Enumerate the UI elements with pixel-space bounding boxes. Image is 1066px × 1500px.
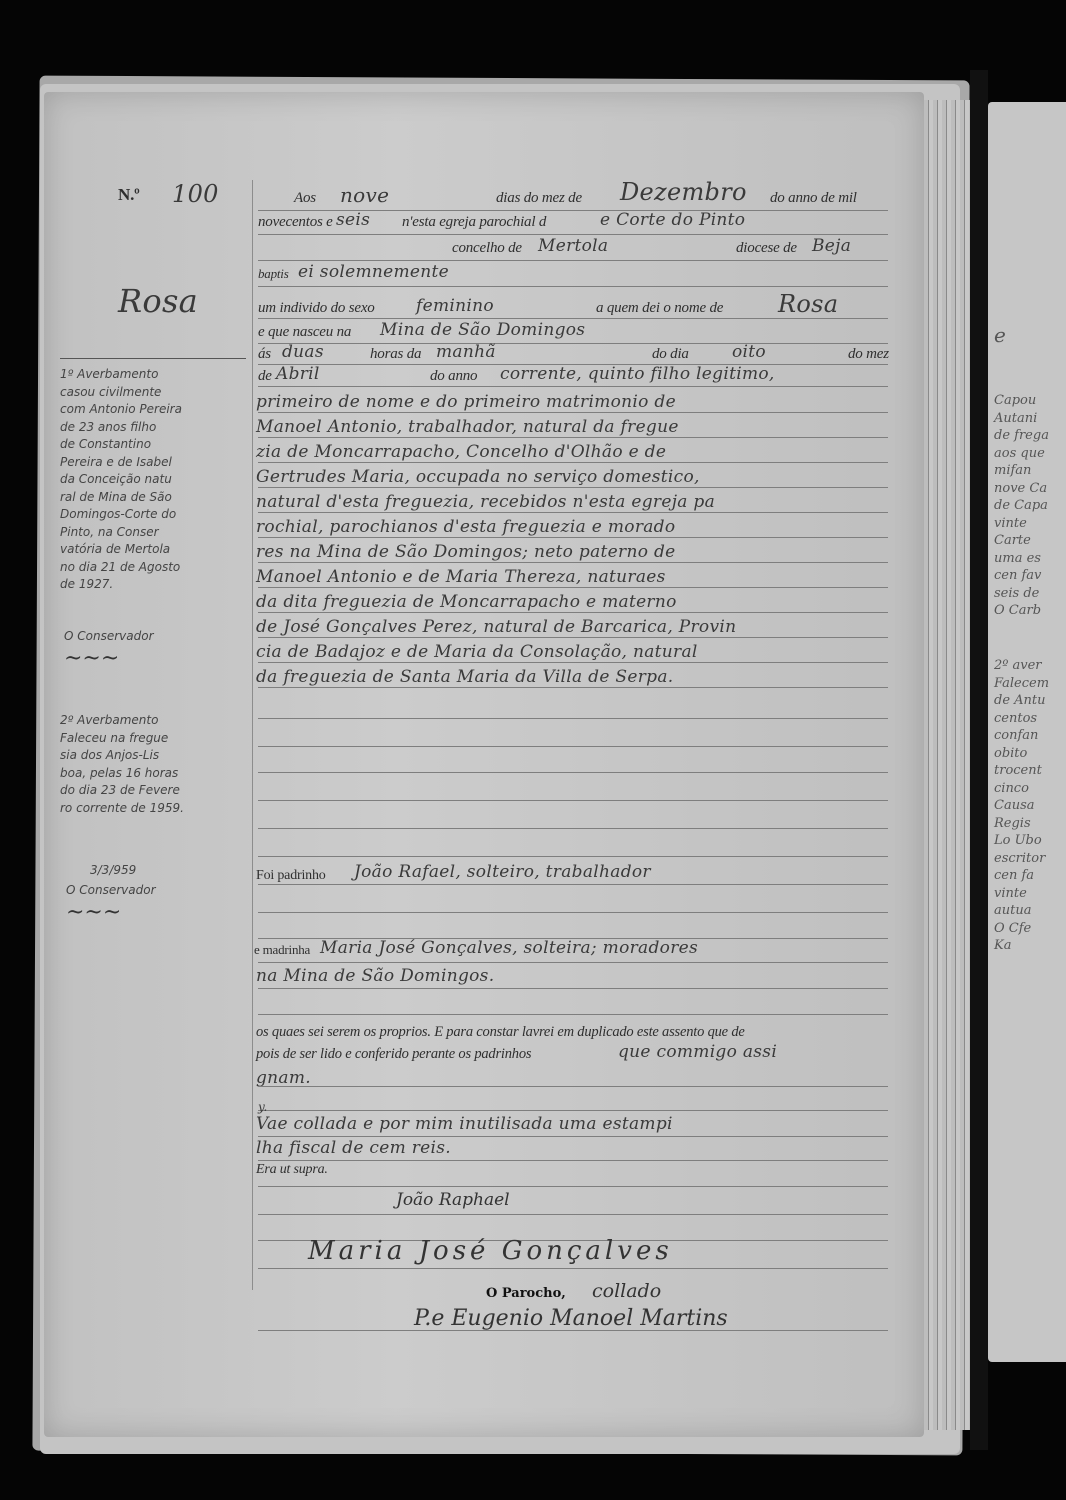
printed-closing-2: pois de ser lido e conferido perante os … xyxy=(256,1046,531,1063)
ruled-line xyxy=(258,587,888,588)
margin-rule xyxy=(252,180,253,1290)
field-closing-sign: que commigo assi xyxy=(618,1042,777,1062)
printed-sexo: um individo do sexo xyxy=(258,300,375,317)
page-edges xyxy=(924,100,970,1430)
book-spine xyxy=(970,70,988,1450)
ruled-line xyxy=(258,637,888,638)
parocho-status: collado xyxy=(592,1280,661,1302)
field-birth-year: corrente, quinto filho legitimo, xyxy=(500,364,775,384)
signature-priest: P.e Eugenio Manoel Martins xyxy=(414,1306,728,1331)
field-closing-sign-end: gnam. xyxy=(256,1068,311,1088)
field-godfather: João Rafael, solteiro, trabalhador xyxy=(354,862,651,882)
body-line: da dita freguezia de Moncarrapacho e mat… xyxy=(256,592,677,612)
record-number: 100 xyxy=(172,180,219,208)
field-concelho: Mertola xyxy=(538,236,608,256)
field-day: nove xyxy=(340,183,389,207)
field-baptised: ei solemnemente xyxy=(298,262,449,282)
field-birthplace: Mina de São Domingos xyxy=(380,320,585,340)
printed-anno: do anno xyxy=(430,368,477,385)
adjacent-page-note-2: 2º aver Falecem de Antu centos confan ob… xyxy=(994,657,1049,955)
body-line: primeiro de nome e do primeiro matrimoni… xyxy=(256,392,676,412)
printed-do-anno: do anno de mil xyxy=(770,190,857,207)
body-line: da freguezia de Santa Maria da Villa de … xyxy=(256,667,673,687)
printed-aos: Aos xyxy=(294,190,316,207)
ruled-line xyxy=(258,487,888,488)
printed-concelho: concelho de xyxy=(452,240,522,257)
body-line: de José Gonçalves Perez, natural de Barc… xyxy=(256,617,736,637)
signature-godmother: Maria José Gonçalves xyxy=(308,1236,673,1266)
margin-note-2-date: 3/3/959 xyxy=(90,862,136,880)
field-name: Rosa xyxy=(778,290,838,318)
field-godmother-residence: na Mina de São Domingos. xyxy=(256,966,494,986)
body-line: rochial, parochianos d'esta freguezia e … xyxy=(256,517,675,537)
printed-de: de xyxy=(258,368,272,385)
field-year: seis xyxy=(336,210,370,230)
field-birth-month: Abril xyxy=(276,364,320,384)
margin-note-1-signature: ~~~ xyxy=(64,646,119,671)
printed-padrinho: Foi padrinho xyxy=(256,868,326,884)
margin-name: Rosa xyxy=(118,282,198,320)
printed-parocho: O Parocho, xyxy=(486,1286,566,1301)
ruled-line xyxy=(258,612,888,613)
field-hour: duas xyxy=(282,342,324,362)
printed-closing-1: os quaes sei serem os proprios. E para c… xyxy=(256,1024,745,1041)
ruled-line xyxy=(258,512,888,513)
body-line: Gertrudes Maria, occupada no serviço dom… xyxy=(256,467,700,487)
printed-madrinha: e madrinha xyxy=(254,942,310,958)
field-diocese: Beja xyxy=(812,236,851,256)
printed-dias-do-mez: dias do mez de xyxy=(496,190,582,207)
printed-diocese: diocese de xyxy=(736,240,797,257)
margin-note-2-signature: ~~~ xyxy=(66,900,121,925)
margin-note-1-signer: O Conservador xyxy=(64,628,154,646)
field-period: manhã xyxy=(436,342,496,362)
field-stamp-note-2: lha fiscal de cem reis. xyxy=(256,1138,451,1158)
ruled-line xyxy=(258,537,888,538)
body-line: res na Mina de São Domingos; neto patern… xyxy=(256,542,676,562)
field-parish: e Corte do Pinto xyxy=(600,210,745,230)
field-sex: feminino xyxy=(416,296,494,316)
field-month: Dezembro xyxy=(620,178,747,206)
printed-era-ut-supra: Era ut supra. xyxy=(256,1162,328,1178)
field-godmother: Maria José Gonçalves, solteira; moradore… xyxy=(320,938,698,958)
field-birth-day: oito xyxy=(732,342,766,362)
printed-horas: horas da xyxy=(370,346,421,363)
printed-baptis: baptis xyxy=(258,266,289,282)
ruled-line xyxy=(258,662,888,663)
field-stamp-note: Vae collada e por mim inutilisada uma es… xyxy=(256,1114,673,1134)
body-line: natural d'esta freguezia, recebidos n'es… xyxy=(256,492,715,512)
printed-mez: do mez xyxy=(848,346,889,363)
adjacent-page-note-1: Capou Autani de frega aos que mifan nove… xyxy=(994,392,1049,620)
adjacent-page: e Capou Autani de frega aos que mifan no… xyxy=(988,102,1066,1362)
printed-nasceu: e que nasceu na xyxy=(258,324,351,341)
ruled-line xyxy=(258,562,888,563)
printed-nome: a quem dei o nome de xyxy=(596,300,723,317)
margin-note-death: 2º Averbamento Faleceu na fregue sia dos… xyxy=(60,712,184,817)
ruled-line xyxy=(258,687,888,688)
body-line: zia de Moncarrapacho, Concelho d'Olhão e… xyxy=(256,442,666,462)
printed-novecentos: novecentos e xyxy=(258,214,333,231)
record-number-label: N.º xyxy=(118,185,140,205)
body-line: cia de Badajoz e de Maria da Consolação,… xyxy=(256,642,698,662)
printed-dia: do dia xyxy=(652,346,689,363)
ruled-line xyxy=(258,462,888,463)
ruled-line xyxy=(258,437,888,438)
ruled-line xyxy=(258,412,888,413)
body-line: Manoel Antonio e de Maria Thereza, natur… xyxy=(256,567,666,587)
body-line: Manoel Antonio, trabalhador, natural da … xyxy=(256,417,679,437)
field-closing-mark: y. xyxy=(258,1100,268,1114)
printed-as: ás xyxy=(258,346,271,363)
printed-egreja-parochial: n'esta egreja parochial d xyxy=(402,214,546,231)
margin-note-2-signer: O Conservador xyxy=(66,882,156,900)
adjacent-page-mark: e xyxy=(994,327,1006,345)
margin-note-marriage: 1º Averbamento casou civilmente com Anto… xyxy=(60,366,182,594)
signature-godfather: João Raphael xyxy=(396,1190,510,1210)
